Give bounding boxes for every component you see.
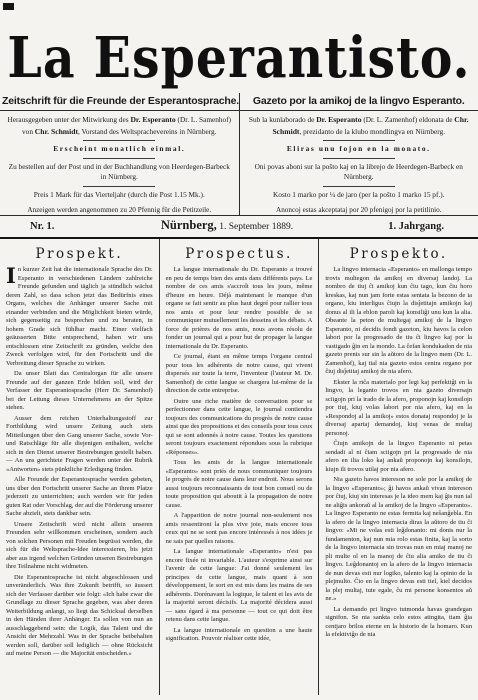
body-paragraph: Unsere Zeitschrift wird nicht allein uns…: [6, 521, 153, 572]
body-paragraph: Outre une riche matière de conversation …: [166, 398, 313, 458]
ordering-line-esperanto: Oni povas aboni sur la poŝto kaj en la l…: [247, 162, 472, 183]
body-paragraph: La langue internationale «Esperanto» n'e…: [166, 548, 313, 625]
separator-rule: [83, 158, 155, 159]
subtitle-german: Zeitschrift für die Freunde der Esperant…: [0, 93, 240, 110]
body-paragraph: Alle Freunde der Esperantosprache werden…: [6, 476, 153, 519]
body-paragraph: A l'apparition de notre journal non-seul…: [166, 512, 313, 546]
issue-number: Nr. 1.: [0, 221, 150, 232]
price-line-esperanto: Kosto 1 marko por ¼ de jaro (per la poŝt…: [247, 190, 472, 201]
dateline-bar: Nr. 1. Nürnberg, 1. September 1889. 1. J…: [0, 215, 478, 239]
subtitle-esperanto: Gazeto por la amikoj de la lingvo Espera…: [240, 93, 478, 110]
frequency-line-german: Erscheint monatlich einmal.: [7, 144, 232, 155]
scan-artifact: [3, 3, 14, 10]
ordering-line-german: Zu bestellen auf der Post und in der Buc…: [7, 162, 232, 183]
body-paragraph: Tous les amis de la langue international…: [166, 459, 313, 510]
body-paragraph: La demando pri lingvo tutmonda havas gra…: [325, 606, 472, 640]
drop-cap-initial: I: [6, 266, 18, 284]
issue-date: 1. September 1889.: [219, 222, 293, 232]
column-heading-esperanto: Prospekto.: [325, 246, 472, 262]
volume-number: 1. Jahrgang.: [304, 221, 478, 232]
imprint-german: Herausgegeben unter der Mitwirkung des D…: [0, 111, 240, 215]
article-columns: Prospekt. In kurzer Zeit hat die interna…: [0, 239, 478, 695]
ads-line-esperanto: Anoncoj estas akceptataj por 20 pfenigoj…: [247, 205, 472, 215]
column-german: Prospekt. In kurzer Zeit hat die interna…: [0, 239, 159, 695]
newspaper-page: La Esperantisto. Zeitschrift für die Fre…: [0, 0, 478, 700]
masthead-title: La Esperantisto.: [0, 24, 478, 91]
column-heading-french: Prospectus.: [166, 246, 313, 262]
separator-rule: [323, 140, 395, 141]
publisher-line-german: Herausgegeben unter der Mitwirkung des D…: [7, 114, 232, 137]
place-name: Nürnberg,: [161, 218, 217, 232]
body-paragraph: Ekster la riĉa materialo por legi kaj pe…: [325, 379, 472, 439]
publisher-line-esperanto: Sub la kunlaborado de Dr. Esperanto (Dr.…: [247, 114, 472, 137]
body-paragraph: Ĉiujn amikojn de la lingvo Esperanto ni …: [325, 440, 472, 474]
body-paragraph: La langue internationale du Dr. Esperant…: [166, 266, 313, 351]
separator-rule: [323, 186, 395, 187]
body-paragraph: Ce journal, étant en même temps l'organe…: [166, 353, 313, 396]
ads-line-german: Anzeigen werden angenommen zu 20 Pfennig…: [7, 205, 232, 215]
lead-text: n kurzer Zeit hat die internationale Spr…: [6, 266, 153, 367]
imprint-esperanto: Sub la kunlaborado de Dr. Esperanto (Dr.…: [240, 111, 478, 215]
paragraphs-french: La langue internationale du Dr. Esperant…: [166, 266, 313, 644]
place-and-date: Nürnberg, 1. September 1889.: [150, 218, 304, 233]
price-line-german: Preis 1 Mark für das Vierteljahr (durch …: [7, 190, 232, 201]
column-french: Prospectus. La langue internationale du …: [159, 239, 320, 695]
separator-rule: [83, 186, 155, 187]
paragraphs-esperanto: La lingvo internacia «Esperanto» en mall…: [325, 266, 472, 640]
body-paragraph: Die Esperantosprache ist nicht abgeschlo…: [6, 574, 153, 659]
column-heading-german: Prospekt.: [6, 246, 153, 262]
paragraphs-german: Da unser Blatt das Centralorgan für alle…: [6, 370, 153, 659]
body-paragraph: La langue internationale en question a u…: [166, 627, 313, 644]
imprint-row: Herausgegeben unter der Mitwirkung des D…: [0, 111, 478, 215]
body-paragraph: Ausser dem reichen Unterhaltungsstoff zu…: [6, 415, 153, 475]
body-paragraph: La lingvo internacia «Esperanto» en mall…: [325, 266, 472, 377]
separator-rule: [323, 158, 395, 159]
subtitle-row: Zeitschrift für die Freunde der Esperant…: [0, 93, 478, 111]
column-esperanto: Prospekto. La lingvo internacia «Esperan…: [319, 239, 478, 695]
body-paragraph: Da unser Blatt das Centralorgan für alle…: [6, 370, 153, 413]
body-paragraph: Nia gazeto havos intereson ne sole por l…: [325, 476, 472, 604]
separator-rule: [83, 140, 155, 141]
frequency-line-esperanto: Eliras unu fojon en la monato.: [247, 144, 472, 155]
lead-paragraph-german: In kurzer Zeit hat die internationale Sp…: [6, 266, 153, 368]
